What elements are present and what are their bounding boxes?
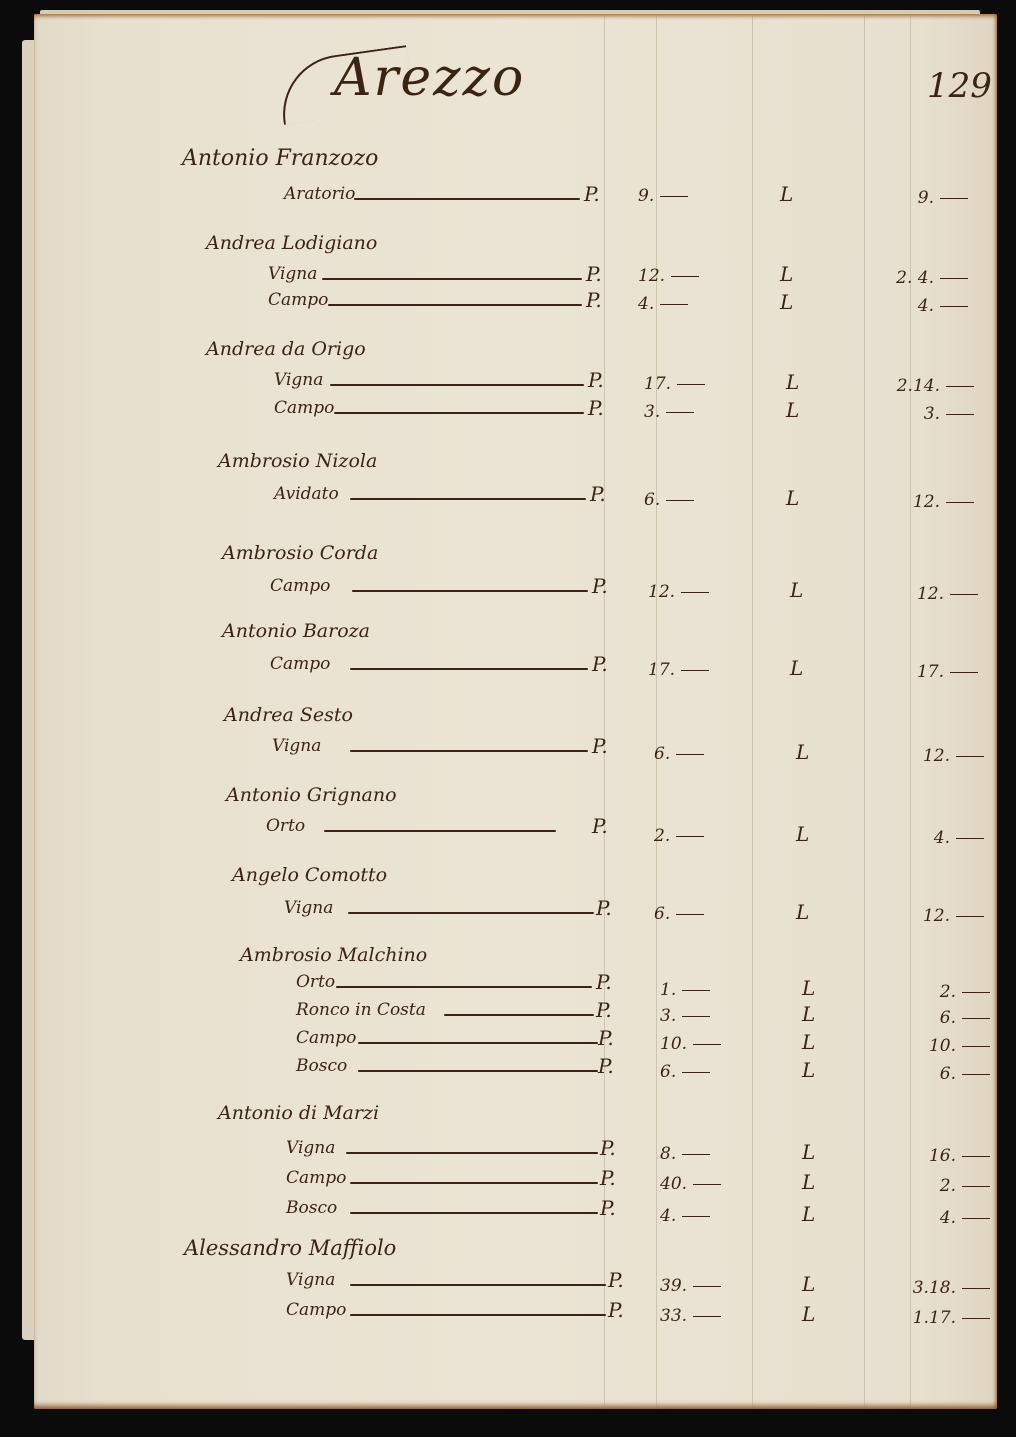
parcel-values: 2. L 4. (34, 824, 1014, 848)
owner-name: Antonio Franzozo (182, 146, 378, 171)
parcel-values: 6. L 6. (40, 1060, 1016, 1084)
parcel-values: 8. L 16. (40, 1142, 1016, 1166)
quantity: 9. (638, 186, 654, 206)
quantity: 12. (648, 582, 675, 602)
currency-marker: L (796, 740, 809, 764)
owner-name: Antonio di Marzi (218, 1102, 379, 1124)
currency-marker: L (796, 900, 809, 924)
currency-marker: L (790, 656, 803, 680)
value: 12. (923, 746, 950, 766)
parcel-values: 4. L 4. (40, 1204, 1016, 1228)
quantity: 10. (660, 1034, 687, 1054)
owner-name: Alessandro Maffiolo (184, 1236, 396, 1260)
currency-marker: L (790, 578, 803, 602)
currency-marker: L (802, 1302, 815, 1326)
value: 12. (913, 492, 940, 512)
currency-marker: L (780, 262, 793, 286)
quantity: 2. (654, 826, 670, 846)
value: 17. (917, 662, 944, 682)
currency-marker: L (780, 290, 793, 314)
quantity: 6. (660, 1062, 676, 1082)
quantity: 6. (654, 744, 670, 764)
owner-name: Andrea Lodigiano (206, 232, 377, 254)
owner-name: Ambrosio Malchino (240, 944, 427, 966)
quantity: 3. (644, 402, 660, 422)
quantity: 4. (638, 294, 654, 314)
parcel-values: 17. L 17. (28, 658, 1008, 682)
value: 4. (940, 1208, 956, 1228)
currency-marker: L (786, 370, 799, 394)
parcel-values: 6. L 12. (34, 902, 1014, 926)
parcel-values: 12. L 2. 4. (18, 264, 998, 288)
value: 9. (918, 188, 934, 208)
quantity: 1. (660, 980, 676, 1000)
value: 2.14. (897, 376, 940, 396)
parcel-values: 4. L 4. (18, 292, 998, 316)
quantity: 12. (638, 266, 665, 286)
parcel-values: 3. L 6. (40, 1004, 1016, 1028)
owner-name: Angelo Comotto (232, 864, 387, 886)
parcel-values: 33. L 1.17. (40, 1304, 1016, 1328)
value: 16. (929, 1146, 956, 1166)
value: 4. (918, 296, 934, 316)
value: 4. (934, 828, 950, 848)
quantity: 8. (660, 1144, 676, 1164)
currency-marker: L (786, 486, 799, 510)
parcel-values: 9. L 9. (18, 184, 998, 208)
currency-marker: L (802, 1170, 815, 1194)
value: 3.18. (913, 1278, 956, 1298)
value: 12. (923, 906, 950, 926)
currency-marker: L (802, 1140, 815, 1164)
currency-marker: L (802, 1202, 815, 1226)
quantity: 6. (644, 490, 660, 510)
parcel-values: 40. L 2. (40, 1172, 1016, 1196)
value: 3. (924, 404, 940, 424)
quantity: 3. (660, 1006, 676, 1026)
value: 12. (917, 584, 944, 604)
owner-name: Ambrosio Nizola (218, 450, 377, 472)
parcel-values: 3. L 3. (24, 400, 1004, 424)
quantity: 33. (660, 1306, 687, 1326)
owner-name: Antonio Grignano (226, 784, 397, 806)
value: 2. (940, 982, 956, 1002)
parcel-values: 39. L 3.18. (40, 1274, 1016, 1298)
value: 6. (940, 1008, 956, 1028)
folio-number: 129 (927, 66, 992, 106)
value: 2. (940, 1176, 956, 1196)
manuscript-page: Arezzo 129 Antonio Franzozo Aratorio P. … (34, 14, 997, 1409)
value: 6. (940, 1064, 956, 1084)
value: 2. 4. (896, 268, 934, 288)
parcel-values: 1. L 2. (40, 978, 1016, 1002)
quantity: 6. (654, 904, 670, 924)
owner-name: Antonio Baroza (222, 620, 370, 642)
parcel-values: 12. L 12. (28, 580, 1008, 604)
owner-name: Andrea Sesto (224, 704, 353, 726)
quantity: 39. (660, 1276, 687, 1296)
parcel-values: 10. L 10. (40, 1032, 1016, 1056)
currency-marker: L (802, 1002, 815, 1026)
currency-marker: L (802, 1272, 815, 1296)
currency-marker: L (802, 1058, 815, 1082)
currency-marker: L (802, 976, 815, 1000)
quantity: 4. (660, 1206, 676, 1226)
value: 10. (929, 1036, 956, 1056)
parcel-values: 6. L 12. (24, 488, 1004, 512)
quantity: 40. (660, 1174, 687, 1194)
owner-name: Ambrosio Corda (222, 542, 378, 564)
quantity: 17. (644, 374, 671, 394)
page-heading: Arezzo (334, 48, 525, 108)
currency-marker: L (780, 182, 793, 206)
value: 1.17. (913, 1308, 956, 1328)
parcel-values: 6. L 12. (34, 742, 1014, 766)
currency-marker: L (786, 398, 799, 422)
currency-marker: L (802, 1030, 815, 1054)
owner-name: Andrea da Origo (206, 338, 366, 360)
quantity: 17. (648, 660, 675, 680)
currency-marker: L (796, 822, 809, 846)
parcel-values: 17. L 2.14. (24, 372, 1004, 396)
